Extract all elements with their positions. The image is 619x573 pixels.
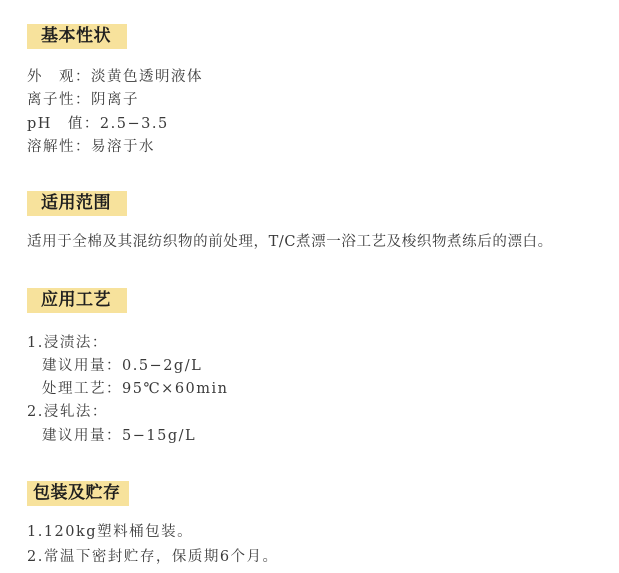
- storage-line: 2.常温下密封贮存，保质期6个月。: [27, 548, 279, 566]
- section-title: 包装及贮存: [27, 481, 129, 506]
- dipping-process: 处理工艺：95℃×60min: [42, 380, 229, 398]
- property-appearance: 外 观：淡黄色透明液体: [27, 68, 203, 86]
- padding-dosage: 建议用量：5−15g/L: [42, 427, 196, 445]
- section-title: 基本性状: [27, 24, 127, 49]
- property-ionicity: 离子性：阴离子: [27, 91, 139, 109]
- dipping-dosage: 建议用量：0.5−2g/L: [42, 357, 202, 375]
- packaging-line: 1.120kg塑料桶包装。: [27, 523, 193, 541]
- scope-text: 适用于全棉及其混纺织物的前处理，T/C煮漂一浴工艺及梭织物煮练后的漂白。: [27, 233, 553, 251]
- method-padding: 2.浸轧法：: [27, 403, 108, 421]
- section-title: 应用工艺: [27, 288, 127, 313]
- section-title: 适用范围: [27, 191, 127, 216]
- property-ph: pH 值：2.5−3.5: [27, 115, 169, 133]
- method-dipping: 1.浸渍法：: [27, 334, 108, 352]
- property-solubility: 溶解性：易溶于水: [27, 138, 155, 156]
